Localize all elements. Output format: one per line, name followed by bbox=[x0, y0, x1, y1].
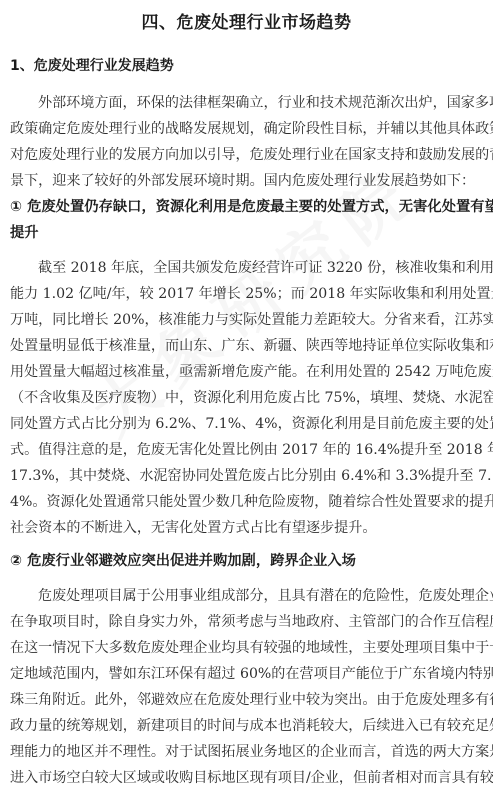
subheading-2: ② 危废行业邻避效应突出促进并购加剧，跨界企业入场 bbox=[10, 548, 485, 574]
sub1-body-line: 式。值得注意的是，危废无害化处置比例由 2017 年的 16.4%提升至 201… bbox=[10, 441, 484, 459]
page-title: 四、危废处理行业市场趋势 bbox=[0, 8, 493, 33]
document-page: 大象研究院 四、危废处理行业市场趋势 1、危废处理行业发展趋势 外部环境方面，环… bbox=[0, 0, 493, 798]
sub1-body-line: 17.3%，其中焚烧、水泥窑协同处置危废占比分别由 6.4%和 3.3%提升至 … bbox=[10, 467, 484, 485]
sub2-body-line: 理能力的地区并不理性。对于试图拓展业务地区的企业而言，首选的两大方案是 bbox=[10, 743, 484, 761]
subheading-1-line: 提升 bbox=[10, 220, 485, 246]
section-heading: 1、危废处理行业发展趋势 bbox=[10, 55, 174, 75]
sub1-body-line: 同处置方式占比分别为 6.2%、7.1%、4%，资源化利用是目前危废主要的处置方 bbox=[10, 415, 484, 433]
sub2-body-line: 在这一情况下大多数危废处理企业均具有较强的地域性，主要处理项目集中于一 bbox=[10, 639, 484, 657]
sub1-body-line: 用处置量大幅超过核准量，亟需新增危废产能。在利用处置的 2542 万吨危废量 bbox=[10, 363, 484, 381]
intro-line: 景下，迎来了较好的外部发展环境时期。国内危废处理行业发展趋势如下： bbox=[10, 172, 484, 190]
subheading-1-line: ① 危废处置仍存缺口，资源化利用是危废最主要的处置方式，无害化处置有望 bbox=[10, 194, 485, 220]
sub2-body-line: 危废处理项目属于公用事业组成部分，且具有潜在的危险性，危废处理企业 bbox=[38, 587, 484, 605]
sub2-body-line: 进入市场空白较大区域或收购目标地区现有项目/企业，但前者相对而言具有较 bbox=[10, 769, 484, 787]
sub2-body-line: 政力量的统筹规划，新建项目的时间与成本也消耗较大，后续进入已有较充足处 bbox=[10, 717, 484, 735]
intro-line: 政策确定危废处理行业的战略发展规划，确定阶段性目标，并辅以其他具体政策 bbox=[10, 120, 484, 138]
sub1-body-line: 能力 1.02 亿吨/年，较 2017 年增长 25%；而 2018 年实际收集… bbox=[10, 285, 484, 303]
intro-line: 对危废处理行业的发展方向加以引导，危废处理行业在国家支持和鼓励发展的背 bbox=[10, 146, 484, 164]
sub1-body-line: 社会资本的不断进入，无害化处置方式占比有望逐步提升。 bbox=[10, 519, 484, 537]
sub2-body-line: 在争取项目时，除自身实力外，常须考虑与当地政府、主管部门的合作互信程度。 bbox=[10, 613, 484, 631]
sub1-body-line: 万吨，同比增长 20%，核准能力与实际处置能力差距较大。分省来看，江苏实际 bbox=[10, 311, 484, 329]
intro-line: 外部环境方面，环保的法律框架确立，行业和技术规范渐次出炉，国家多项 bbox=[38, 94, 484, 112]
sub1-body-line: （不含收集及医疗废物）中，资源化利用危废占比 75%，填埋、焚烧、水泥窑协 bbox=[10, 389, 484, 407]
sub2-body-line: 定地域范围内，譬如东江环保有超过 60%的在营项目产能位于广东省境内特别是 bbox=[10, 665, 484, 683]
sub2-body-line: 珠三角附近。此外，邻避效应在危废处理行业中较为突出。由于危废处理多有行 bbox=[10, 691, 484, 709]
sub1-body-line: 截至 2018 年底，全国共颁发危废经营许可证 3220 份，核准收集和利用处置 bbox=[38, 259, 484, 277]
sub1-body-line: 处置量明显低于核准量，而山东、广东、新疆、陕西等地持证单位实际收集和利 bbox=[10, 337, 484, 355]
sub1-body-line: 4%。资源化处置通常只能处置少数几种危险废物，随着综合性处置要求的提升、 bbox=[10, 493, 484, 511]
